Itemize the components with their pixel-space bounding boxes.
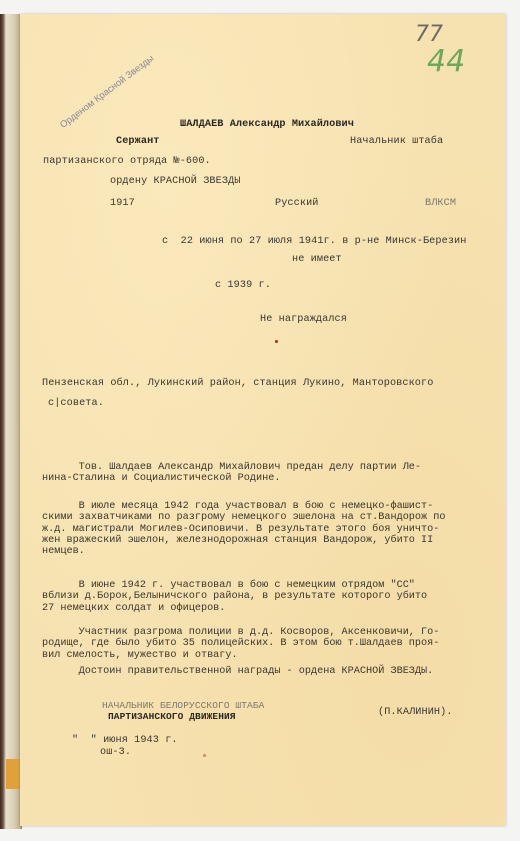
reference-number: ош-3.	[100, 747, 131, 758]
signatory-name: (П.КАЛИНИН).	[378, 707, 453, 718]
unit: партизанского отряда №-600.	[43, 156, 211, 167]
address-line-2: с|совета.	[48, 398, 104, 409]
recipient-name: ШАЛДАЕВ Александр Михайлович	[180, 119, 354, 130]
prior-awards: Не награждался	[260, 314, 347, 325]
award-line: ордену КРАСНОЙ ЗВЕЗДЫ	[110, 176, 240, 187]
birth-year: 1917	[110, 198, 135, 209]
position: Начальник штаба	[350, 136, 443, 147]
diagonal-stamp: Орденом Красной Звезды	[58, 53, 156, 131]
since-year: с 1939 г.	[215, 280, 271, 291]
nationality: Русский	[275, 198, 319, 209]
address-line-1: Пензенская обл., Лукинский район, станци…	[42, 378, 433, 389]
signature-title-1: НАЧАЛЬНИК БЕЛОРУССКОГО ШТАБА	[102, 700, 264, 711]
party-membership: ВЛКСМ	[425, 198, 456, 209]
signature-title-2: ПАРТИЗАНСКОГО ДВИЖЕНИЯ	[108, 711, 236, 722]
date-line: " " июня 1943 г.	[72, 735, 178, 746]
paragraph-police-raid: Участник разгрома полиции в д.д. Косворо…	[42, 627, 482, 661]
service-period: с 22 июня по 27 июля 1941г. в р-не Минск…	[162, 236, 466, 247]
paragraph-july-1942: В июле месяца 1942 года участвовал в бою…	[42, 501, 482, 557]
ink-dot	[275, 340, 278, 343]
paragraph-recommendation: Достоин правительственной награды - орде…	[42, 666, 482, 677]
book-binding-edge	[0, 14, 22, 829]
paragraph-devotion: Тов. Шалдаев Александр Михайлович предан…	[42, 462, 482, 485]
ink-dot-bottom	[203, 754, 206, 757]
rank: Сержант	[116, 136, 160, 147]
pencil-mark-green: 44	[427, 44, 465, 79]
paragraph-june-1942: В июне 1942 г. участвовал в бою с немецк…	[42, 580, 482, 614]
wounds: не имеет	[292, 254, 342, 265]
award-sheet-page: Орденом Красной Звезды 77 44 ШАЛДАЕВ Але…	[20, 14, 506, 826]
